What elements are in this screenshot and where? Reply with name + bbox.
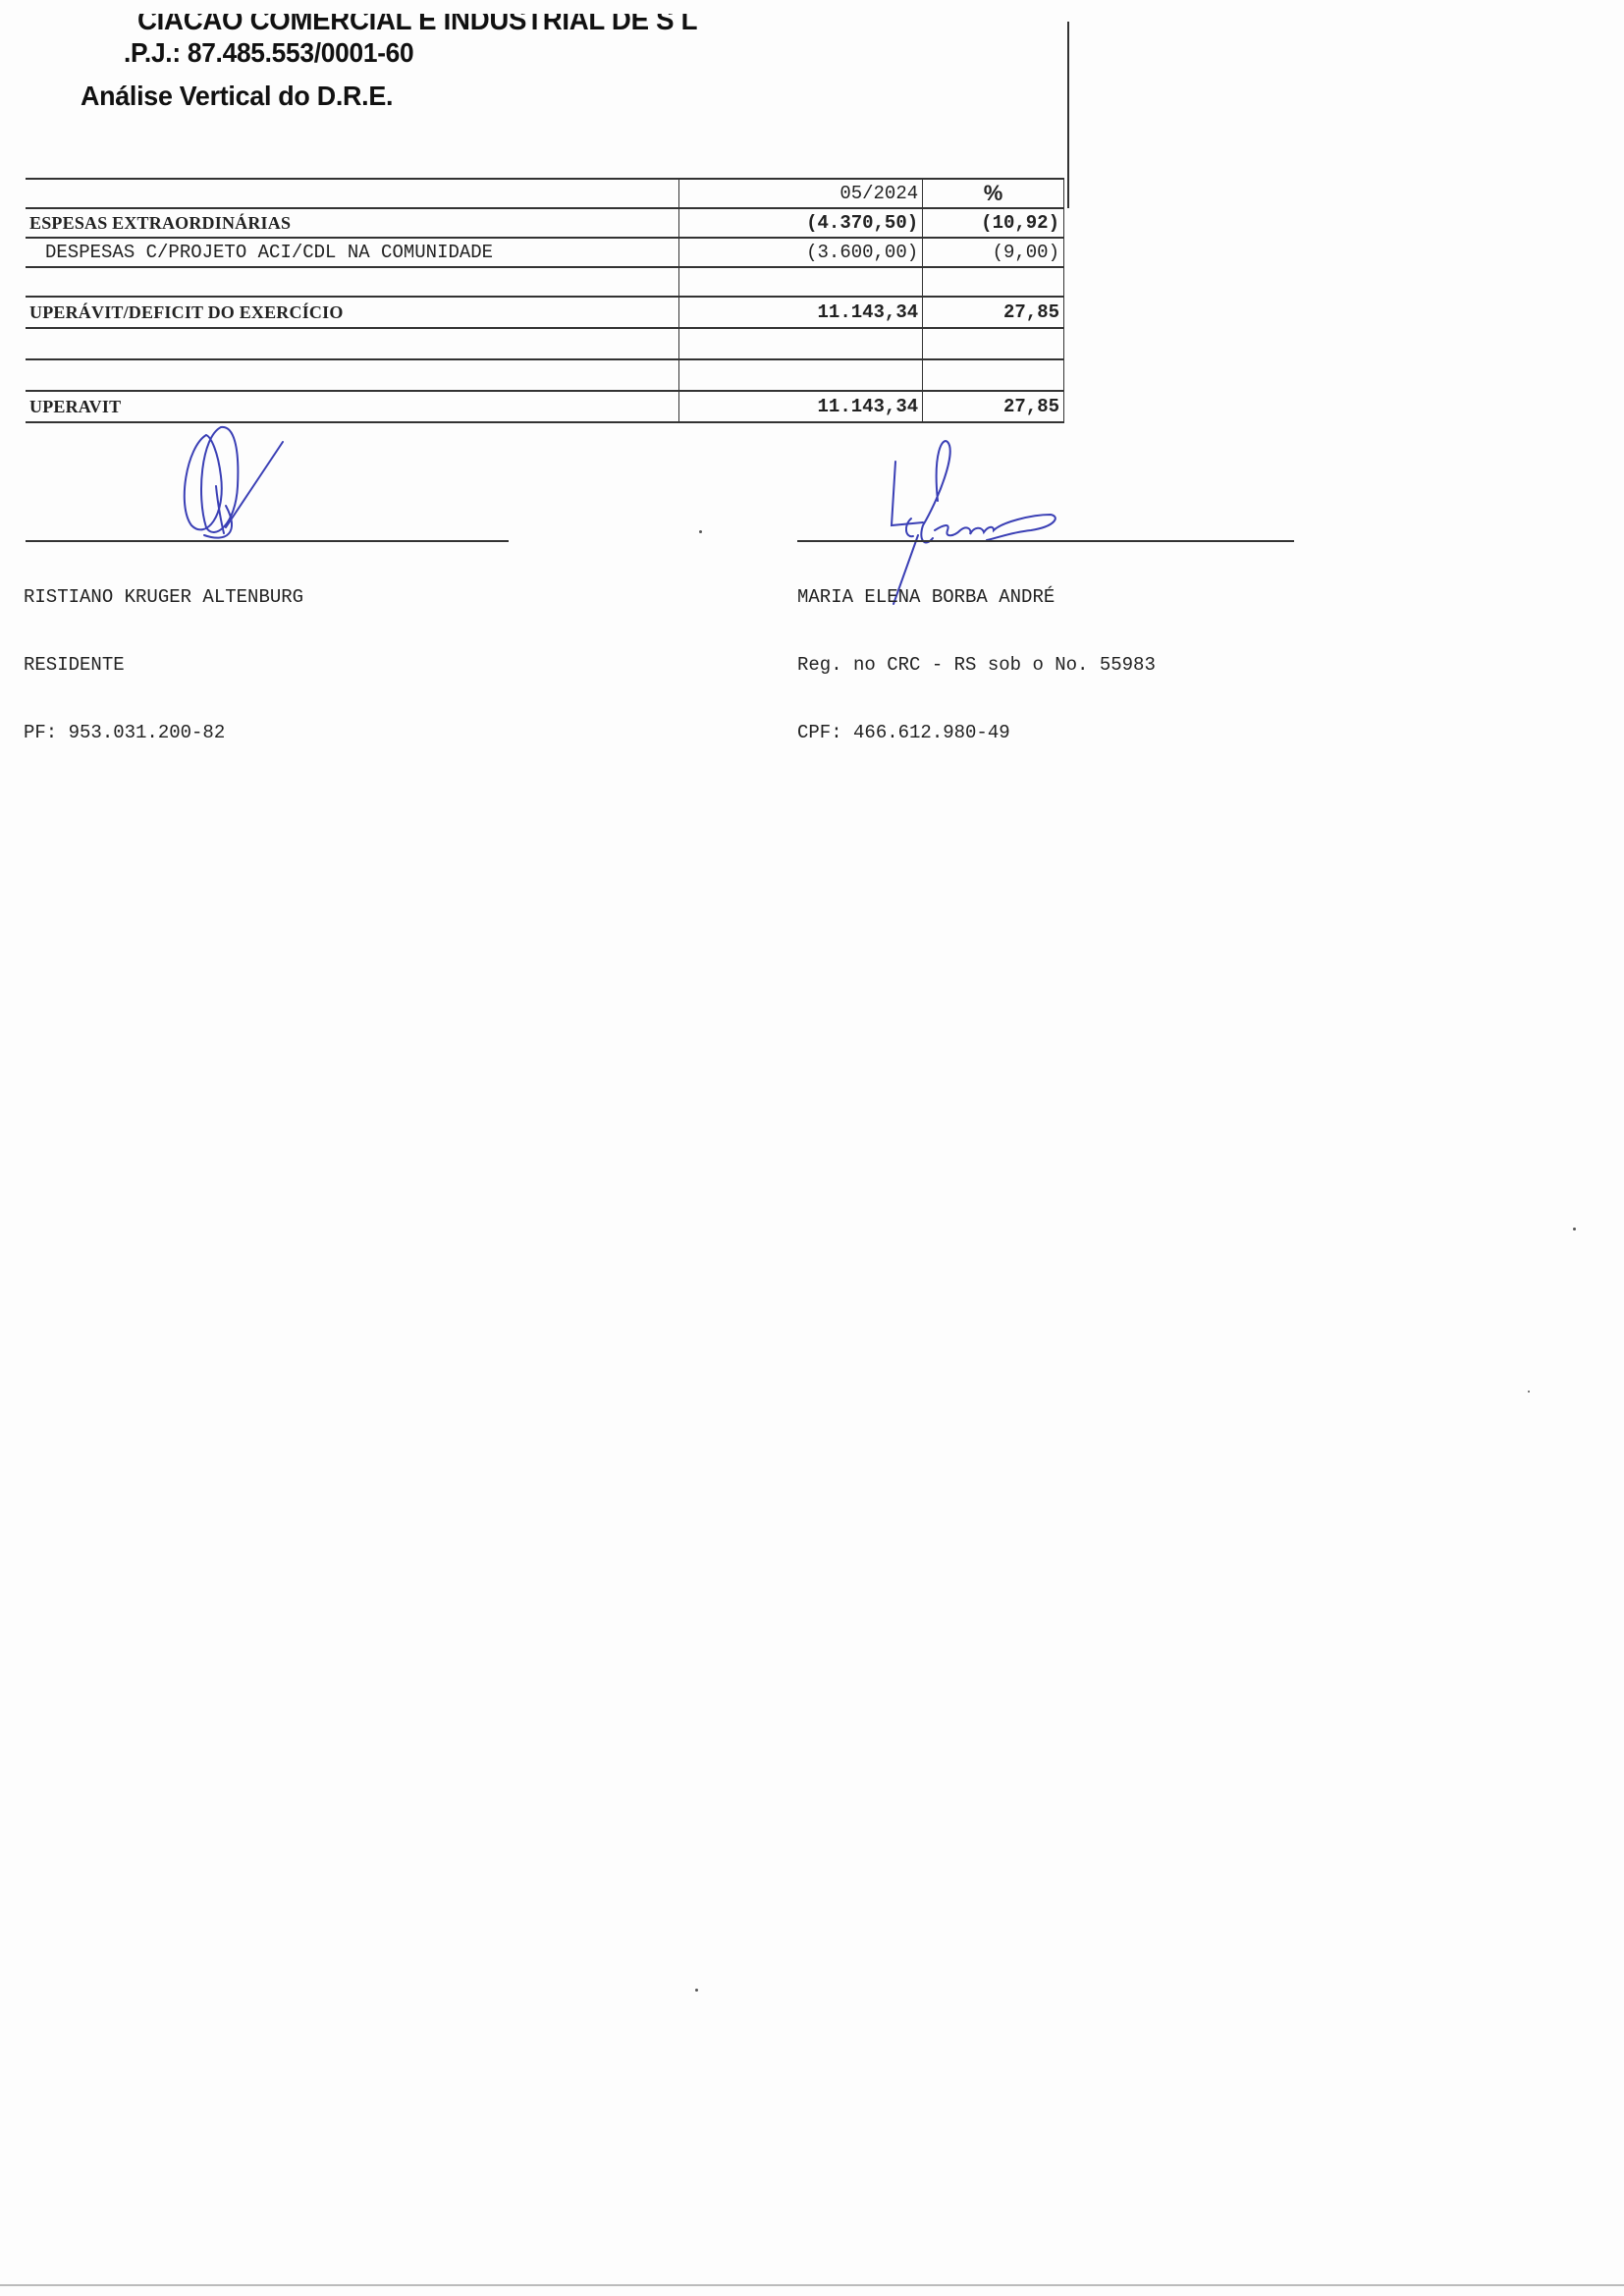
scan-speck	[1573, 1228, 1576, 1230]
signatory-left-role: RESIDENTE	[24, 654, 303, 677]
row-description: UPERAVIT	[26, 391, 679, 422]
row-description: ESPESAS EXTRAORDINÁRIAS	[26, 208, 679, 238]
scan-speck	[1528, 1391, 1530, 1393]
scan-speck	[695, 1989, 698, 1992]
cnpj-number: .P.J.: 87.485.553/0001-60	[124, 37, 413, 69]
table-header-row: 05/2024 %	[26, 179, 1064, 208]
column-header-period: 05/2024	[679, 179, 923, 208]
row-percent: (10,92)	[923, 208, 1064, 238]
row-percent	[923, 328, 1064, 359]
row-description	[26, 359, 679, 391]
signatory-right-name: MARIA ELENA BORBA ANDRÉ	[797, 586, 1156, 609]
row-percent: 27,85	[923, 297, 1064, 328]
frame-divider	[1067, 22, 1069, 208]
column-header-description	[26, 179, 679, 208]
signature-left-icon	[167, 417, 304, 545]
signatory-left-name: RISTIANO KRUGER ALTENBURG	[24, 586, 303, 609]
organization-name: CIACAO COMERCIAL E INDUSTRIAL DE S L	[137, 4, 697, 37]
row-description	[26, 328, 679, 359]
signatory-right-document: CPF: 466.612.980-49	[797, 722, 1156, 744]
report-title: Análise Vertical do D.R.E.	[81, 81, 393, 112]
table-row: ESPESAS EXTRAORDINÁRIAS (4.370,50) (10,9…	[26, 208, 1064, 238]
row-value: 11.143,34	[679, 391, 923, 422]
row-value: 11.143,34	[679, 297, 923, 328]
row-value	[679, 359, 923, 391]
row-description: UPERÁVIT/DEFICIT DO EXERCÍCIO	[26, 297, 679, 328]
table-row	[26, 267, 1064, 297]
column-header-percent: %	[923, 179, 1064, 208]
row-value	[679, 328, 923, 359]
dre-table: 05/2024 % ESPESAS EXTRAORDINÁRIAS (4.370…	[26, 178, 1064, 423]
row-value: (4.370,50)	[679, 208, 923, 238]
row-value	[679, 267, 923, 297]
row-percent: 27,85	[923, 391, 1064, 422]
row-percent	[923, 267, 1064, 297]
row-description: DESPESAS C/PROJETO ACI/CDL NA COMUNIDADE	[26, 238, 679, 267]
table-row	[26, 359, 1064, 391]
signatory-left-document: PF: 953.031.200-82	[24, 722, 303, 744]
row-percent	[923, 359, 1064, 391]
table-row: DESPESAS C/PROJETO ACI/CDL NA COMUNIDADE…	[26, 238, 1064, 267]
signatory-right: MARIA ELENA BORBA ANDRÉ Reg. no CRC - RS…	[797, 541, 1156, 767]
row-value: (3.600,00)	[679, 238, 923, 267]
signatory-left: RISTIANO KRUGER ALTENBURG RESIDENTE PF: …	[24, 541, 303, 767]
signatory-right-role: Reg. no CRC - RS sob o No. 55983	[797, 654, 1156, 677]
scan-speck	[699, 530, 702, 533]
row-percent: (9,00)	[923, 238, 1064, 267]
table-row: UPERÁVIT/DEFICIT DO EXERCÍCIO 11.143,34 …	[26, 297, 1064, 328]
table-row	[26, 328, 1064, 359]
page-bottom-edge	[0, 2284, 1624, 2286]
row-description	[26, 267, 679, 297]
